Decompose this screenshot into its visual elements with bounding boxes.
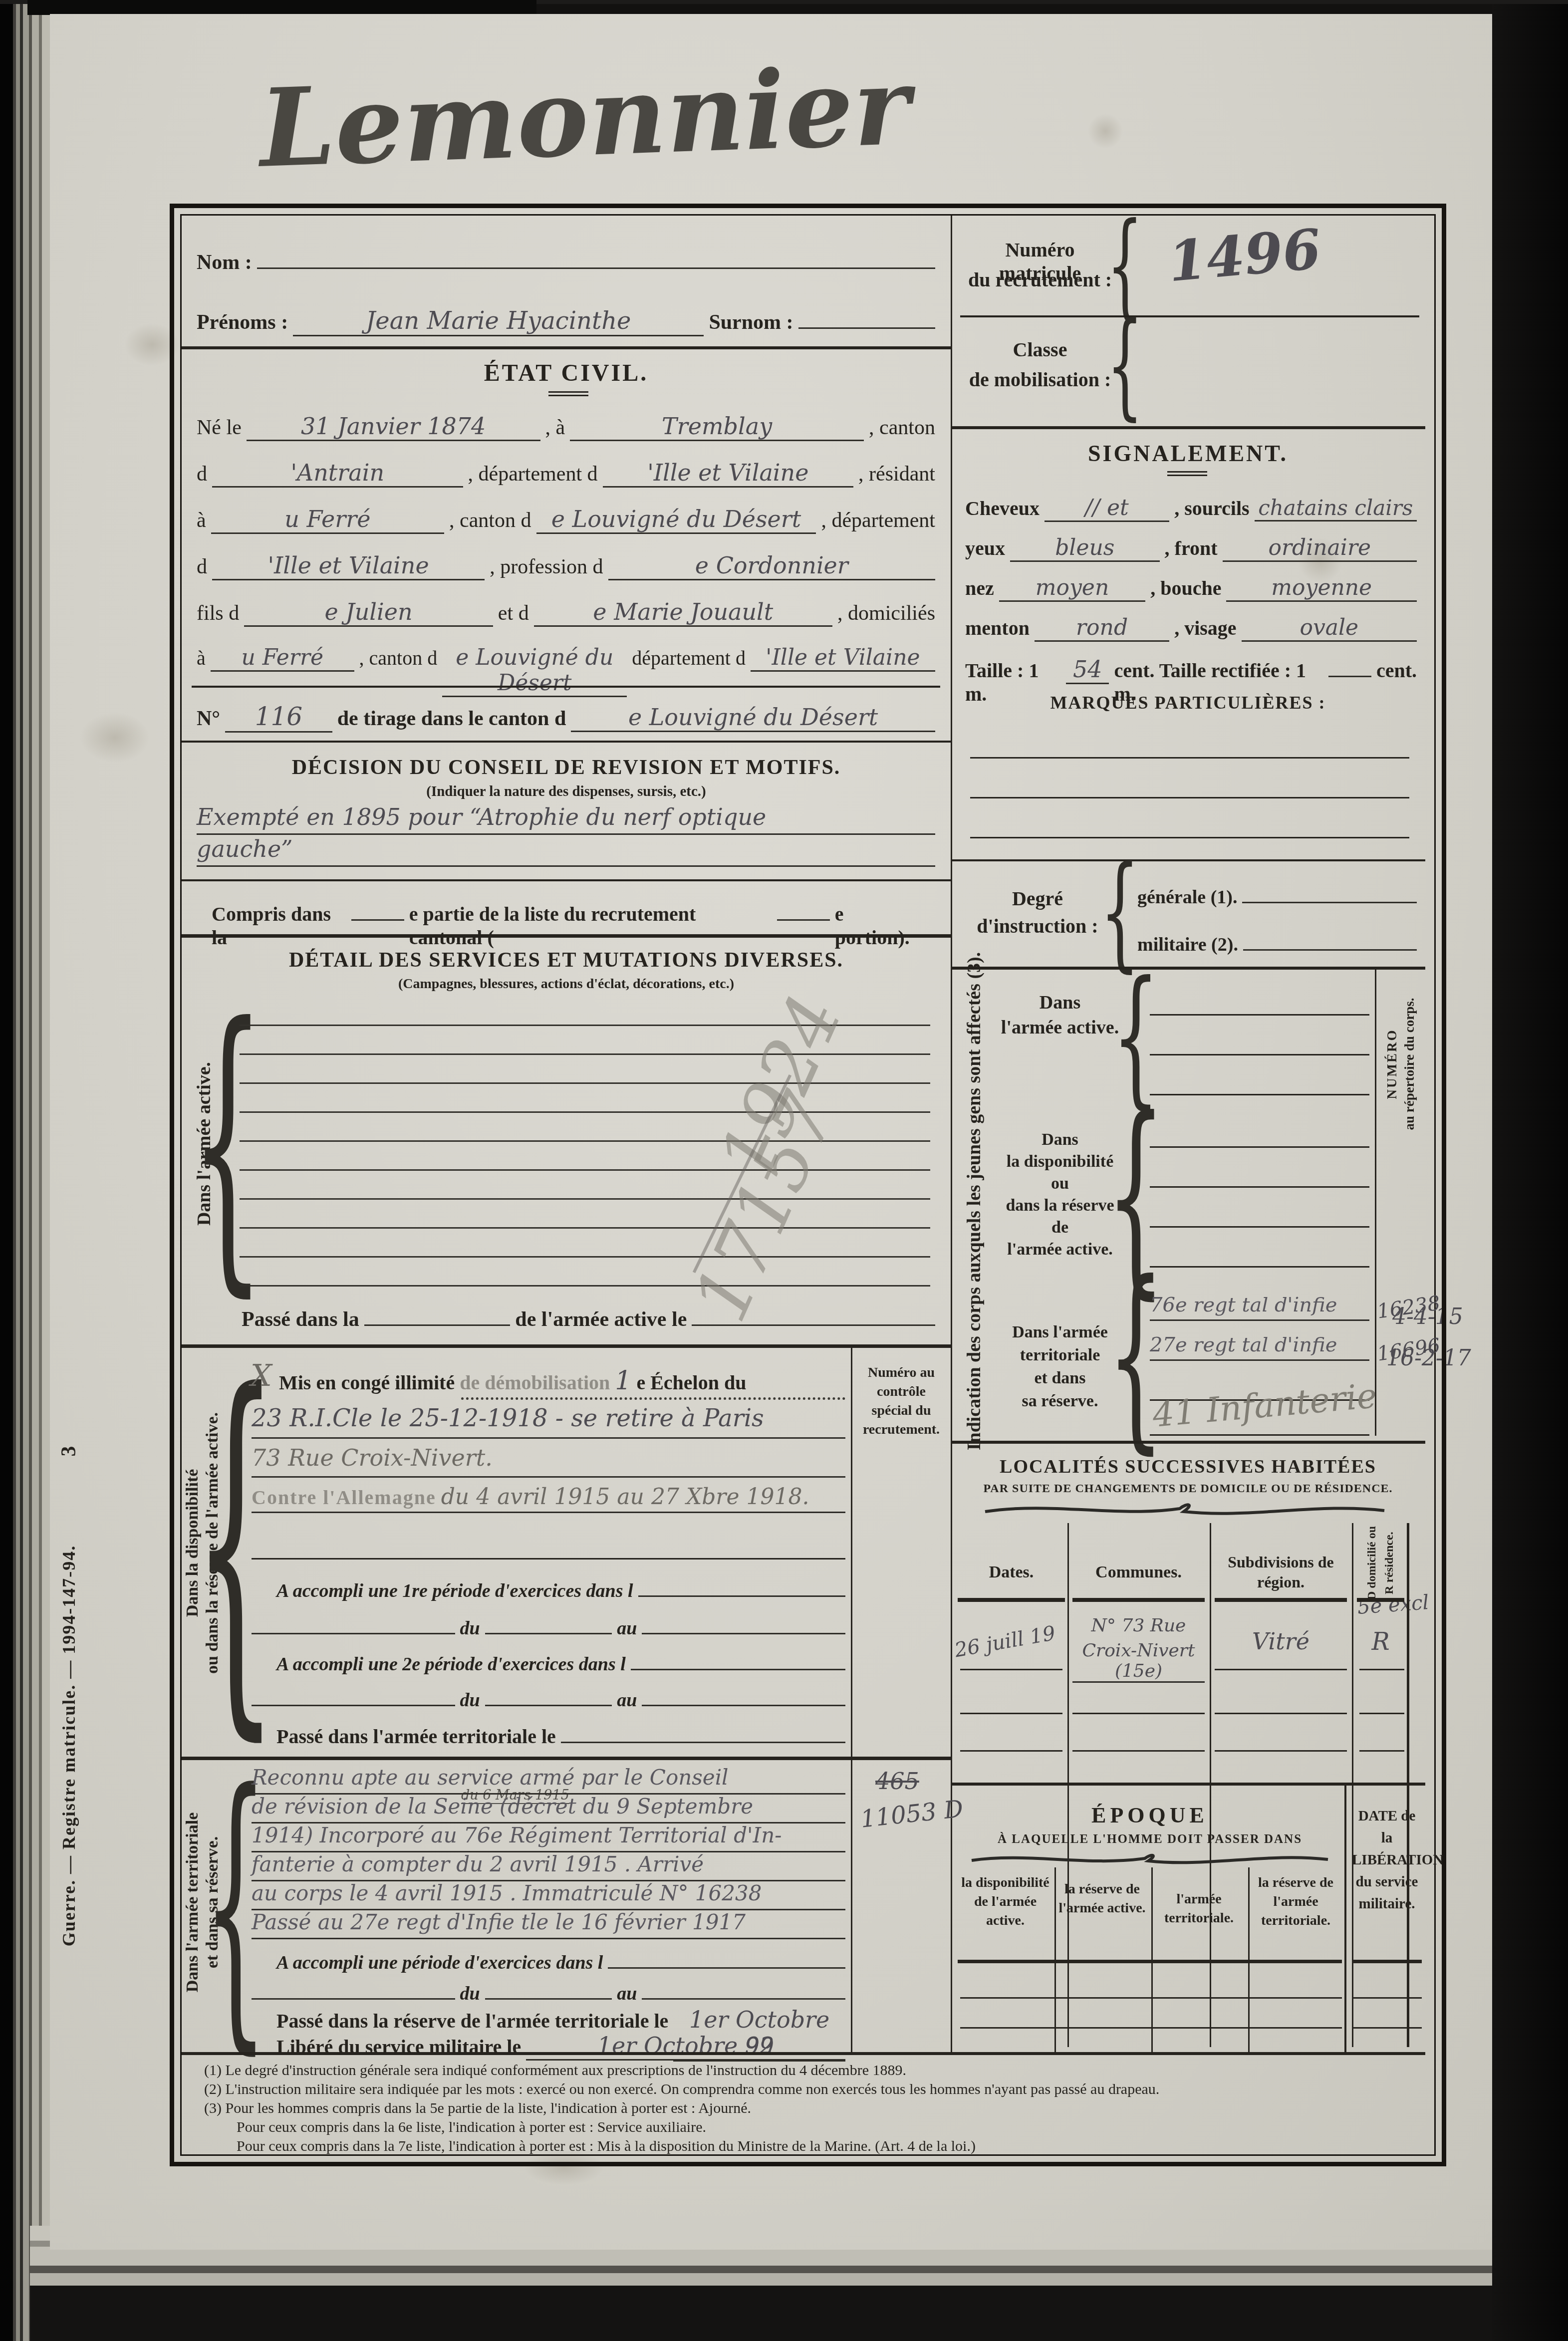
blank-rule [970,837,1409,838]
bouche-label: , bouche [1150,576,1221,600]
section-rule [182,741,951,743]
taille-value: 54 [1066,656,1109,684]
territoriale-side-label-1: Dans l'armée territoriale [183,1813,202,1993]
profession-label: , profession d [490,555,603,579]
cheveux-value: // et [1045,495,1169,522]
corps-numero-2: 16696 [1375,1334,1441,1365]
menton-row: menton rond , visage ovale [965,615,1417,642]
compris-field-2 [777,898,830,921]
menton-label: menton [965,616,1030,640]
domicile-parents: u Ferré [211,645,354,672]
echelon-value: 1 [615,1366,631,1396]
corps-g2-word: l'armée active. [1007,1240,1112,1259]
territorial-periode-label: A accompli une période d'exercices dans … [276,1952,603,1974]
front-value: ordinaire [1223,535,1417,562]
corps-g2-word: ou [1051,1174,1069,1193]
blank-rule [1150,1226,1369,1228]
section-rule [182,879,951,881]
classe-brace: { [1106,308,1143,423]
departement-label: , département d [468,462,598,486]
departement-parents: 'Ille et Vilaine [751,645,935,672]
spine-caption: Guerre. — Registre matricule. — 1994-147… [58,1545,79,1946]
du-label: du [460,1689,480,1711]
table-heavy-rule [1215,1598,1347,1602]
au-label: au [617,1689,637,1711]
au-label: au [617,1983,637,2005]
decision-subtitle: (Indiquer la nature des dispenses, sursi… [182,783,951,800]
tirage-canton-label: de tirage dans le canton d [337,707,566,731]
localites-header-dr-2: R résidence. [1383,1532,1396,1594]
territorial-hw-line-1: Reconnu apte au service armé par le Cons… [252,1765,845,1795]
decision-title: DÉCISION DU CONSEIL DE REVISION ET MOTIF… [182,756,951,780]
numero-tirage-value: 116 [225,702,332,733]
du-label: du [460,1983,480,2005]
nom-row: Nom : [197,246,935,274]
etatcivil-line-5: fils d e Julien et d e Marie Jouault , d… [197,598,935,627]
territorial-hw-line-3: 1914) Incorporé au 76e Régiment Territor… [252,1823,845,1852]
row-rule [1359,1669,1404,1670]
row-rule [1072,1750,1205,1752]
classe-label-1: Classe [968,338,1112,361]
sourcils-value: chatains clairs [1255,496,1417,521]
corps-g3-label: Dans l'armée territoriale et dans sa rés… [995,1321,1125,1413]
compris-label-1: Compris dans la [212,902,346,949]
row-rule [1215,1750,1347,1752]
periode1-dates-row: du au [252,1613,845,1639]
section-rule [960,315,1419,317]
paper-page: Guerre. — Registre matricule. — 1994-147… [50,14,1492,2250]
au-label: au [617,1617,637,1639]
corps-numero-1: 16238 [1375,1292,1441,1323]
passe-territoriale-row: Passé dans l'armée territoriale le [276,1721,845,1748]
blank-rule [1150,1186,1369,1188]
visage-value: ovale [1242,615,1417,642]
row-rule [1215,1669,1347,1670]
book-spine-edge [0,0,50,2341]
a-label: à [197,509,206,532]
compris-field-1 [351,898,404,921]
table-heavy-rule [958,1960,1342,1963]
territorial-periode-field [608,1947,845,1969]
handwritten-x-mark: X [251,1358,272,1393]
passe-armee-active-row: Passé dans la de l'armée active le [242,1302,935,1331]
taille-rectifiee-field [1328,655,1371,677]
etatcivil-line-6: à u Ferré , canton d e Louvigné du Déser… [197,645,935,697]
corps-g3-word: et dans [1035,1369,1086,1387]
date-field [642,1978,845,2000]
surnom-label: Surnom : [709,310,793,334]
epoque-date-col-header: DATE de la LIBÉRATION du service militai… [1352,1805,1422,1915]
epoque-subtitle: À LAQUELLE L'HOMME DOIT PASSER DANS [958,1832,1342,1846]
corps-g2-word: Dans [1042,1130,1078,1149]
bouche-value: moyenne [1226,575,1417,602]
column-divider [951,216,952,2052]
compris-label-2: e partie de la liste du recrutement cant… [409,902,772,949]
periode2-label: A accompli une 2e période d'exercices da… [276,1653,626,1675]
territorial-hw-line-6: Passé au 27e regt d'Infie tle le 16 févr… [252,1910,845,1939]
date-field [485,1978,612,2000]
generale-label: générale (1). [1137,886,1237,908]
militaire-field [1243,929,1417,951]
printed-frame: Nom : Prénoms : Jean Marie Hyacinthe Sur… [170,204,1446,2166]
blank-rule [1150,1014,1369,1016]
localites-title: LOCALITÉS SUCCESSIVES HABITÉES [951,1456,1425,1478]
services-subtitle: (Campagnes, blessures, actions d'éclat, … [182,976,951,992]
matricule-value: 1496 [1137,214,1352,296]
cheveux-label: Cheveux [965,497,1040,520]
row-rule [1352,1997,1422,1999]
heavy-rule [182,934,951,938]
periode2-field [631,1649,845,1670]
book-right-edge [1492,0,1568,2341]
compris-label-3: e portion). [835,902,920,949]
etatcivil-line-3: à u Ferré , canton d e Louvigné du Déser… [197,506,935,534]
blank-rule [1150,1434,1369,1436]
title-flourish [1167,471,1207,476]
degre-militaire-row: militaire (2). [1137,929,1417,956]
numero-corps-label-2: au répertoire du corps. [1402,998,1417,1130]
localites-row-date: 26 juill 19 [953,1622,1057,1662]
passe-field-2 [692,1302,935,1326]
territorial-hw-line-4: fanterie à compter du 2 avril 1915 . Arr… [252,1852,845,1881]
corps-g2-word: la disponibilité [1007,1152,1113,1171]
signalement-title: SIGNALEMENT. [951,440,1425,467]
periode2-dates-row: du au [252,1685,845,1711]
generale-field [1242,882,1417,903]
commune-naissance: Tremblay [570,413,864,441]
corps-g3-word: Dans l'armée [1012,1323,1108,1341]
tirage-canton-value: e Louvigné du Désert [571,704,935,732]
liberation-value: 1er Octobre 92 [526,2032,845,2061]
services-title: DÉTAIL DES SERVICES ET MUTATIONS DIVERSE… [182,948,951,972]
localites-subtitle: PAR SUITE DE CHANGEMENTS DE DOMICILE OU … [951,1482,1425,1496]
corps-regiment-pencil: 41 Infanterie [1151,1376,1383,1435]
row-rule [1359,1750,1404,1752]
mere-value: e Marie Jouault [534,598,832,627]
margin-number-struck: 465 [875,1768,919,1795]
conge-label-1: Mis en congé illimité [279,1371,455,1394]
canton-label: , canton d [359,646,438,670]
campagne-dates: du 4 avril 1915 au 27 Xbre 1918. [441,1484,809,1510]
blank-rule [1150,1266,1369,1268]
localites-row-subdiv: Vitré [1215,1628,1347,1655]
row-rule [1352,2027,1422,2029]
row-rule [960,1669,1062,1670]
decision-line-1: Exempté en 1895 pour “Atrophie du nerf o… [197,803,935,835]
surname-signature: Lemonnier [258,42,912,191]
footnote-5: Pour ceux compris dans la 7e liste, l'in… [237,2138,1414,2155]
corps-g2-word: de [1051,1218,1068,1237]
row-rule [1215,1713,1347,1714]
cent-label: cent. [1376,659,1417,682]
epoque-swash [968,1851,1332,1869]
canton-residence: e Louvigné du Désert [536,506,816,534]
section-rule [182,346,951,349]
cheveux-row: Cheveux // et , sourcils chatains clairs [965,495,1417,522]
localites-row-dr: R [1357,1628,1404,1656]
blank-rule [970,757,1409,759]
margin-number: 11053 D [859,1795,965,1833]
corps-g2-word: dans la réserve [1006,1196,1114,1215]
epoque-col-1: la disponibilité de l'armée active. [959,1873,1051,1930]
departement-label: , département [821,509,935,532]
periode2-row: A accompli une 2e période d'exercices da… [276,1649,845,1675]
conge-row: Mis en congé illimité de démobilisation … [279,1366,843,1396]
section-rule [192,686,940,688]
epoque-col-4: la réserve de l'armée territoriale. [1250,1873,1342,1930]
adresse-line: 73 Rue Croix-Nivert. [252,1444,845,1478]
title-flourish [548,391,588,396]
profession-value: e Cordonnier [608,552,935,580]
territorial-hw-line-5: au corps le 4 avril 1915 . Immatriculé N… [252,1881,845,1910]
epoque-date-col-line [1344,1786,1346,2052]
numero-corps-line [1375,970,1376,1436]
reserve-territoriale-label: Passé dans la réserve de l'armée territo… [276,2009,668,2033]
localites-row-commune-1: N° 73 Rue [1072,1615,1205,1636]
heavy-rule [951,1783,1425,1786]
yeux-row: yeux bleus , front ordinaire [965,535,1417,562]
date-field [252,1613,455,1634]
footnote-3: (3) Pour les hommes compris dans la 5e p… [204,2100,1412,2117]
corps-regiment-2: 27e regt tal d'infie [1150,1333,1369,1361]
yeux-value: bleus [1010,535,1160,562]
etatcivil-line-4: d 'Ille et Vilaine , profession d e Cord… [197,552,935,580]
epoque-col-3: l'armée territoriale. [1153,1890,1245,1928]
section-rule [951,859,1425,861]
pere-value: e Julien [244,598,493,627]
etatcivil-line-2: d 'Antrain , département d 'Ille et Vila… [197,459,935,488]
nom-label: Nom : [197,251,252,274]
passe-territoriale-field [561,1721,845,1743]
passe-territoriale-label: Passé dans l'armée territoriale le [276,1725,556,1748]
epoque-title: ÉPOQUE [958,1803,1342,1828]
paper-stain [80,713,150,763]
surnom-field [798,305,935,329]
tirage-row: N° 116 de tirage dans le canton d e Louv… [197,702,935,733]
d-label: d [197,555,207,579]
localites-header-dates: Dates. [958,1563,1065,1582]
dotted-rule [461,1397,845,1400]
passe-label-2: de l'armée active le [515,1307,687,1331]
departement-residence: 'Ille et Vilaine [212,552,485,580]
etat-civil-title: ÉTAT CIVIL. [182,359,951,387]
prenoms-label: Prénoms : [197,310,288,334]
scanned-register-page: { "doc": { "spine_label": "Guerre. — Reg… [0,0,1568,2341]
paper-stain [1088,114,1123,149]
degre-label-2: d'instruction : [968,914,1107,938]
compris-row: Compris dans la e partie de la liste du … [212,898,920,949]
date-field [642,1685,845,1706]
book-top-shadow [27,0,536,15]
du-label: du [460,1617,480,1639]
ne-le-value: 31 Janvier 1874 [247,413,540,441]
corps-g1-label-2: l'armée active. [995,1017,1125,1039]
yeux-label: yeux [965,536,1005,560]
corps-g1-label-1: Dans [995,992,1125,1014]
table-heavy-rule [1357,1598,1404,1602]
periode1-row: A accompli une 1re période d'exercices d… [276,1575,845,1602]
fils-de-label: fils d [197,601,239,625]
heavy-rule [182,1757,951,1760]
campagne-row: Contre l'Allemagne du 4 avril 1915 au 27… [252,1484,845,1513]
row-rule [960,1713,1062,1714]
a-label: à [197,646,206,670]
row-rule [960,1750,1062,1752]
marques-title: MARQUES PARTICULIÈRES : [951,692,1425,713]
liberation-row: Libéré du service militaire le 1er Octob… [276,2032,845,2061]
row-rule [960,1997,1342,1999]
nom-field [257,246,935,269]
canton-label: , canton [869,416,935,440]
footnote-rule [182,2052,1425,2055]
periode1-label: A accompli une 1re période d'exercices d… [276,1580,633,1602]
d-label: d [197,462,207,486]
campagne-stamp: Contre l'Allemagne [252,1486,436,1509]
nez-label: nez [965,576,994,600]
date-field [485,1685,612,1706]
date-field [252,1685,455,1706]
date-field [642,1613,845,1634]
numero-tirage-label: N° [197,707,220,731]
passe-field-1 [364,1302,511,1326]
decision-line-2: gauche” [197,835,935,867]
front-label: , front [1165,536,1218,560]
domicilies-label: , domiciliés [837,601,935,625]
localites-header-subdiv: Subdivisions de région. [1212,1552,1349,1592]
matricule-label-2: du recrutement : [968,268,1112,291]
territorial-dates-row: du au [252,1978,845,2005]
degre-generale-row: générale (1). [1137,882,1417,908]
residant-label: , résidant [858,462,935,486]
a-label: , à [545,416,565,440]
heavy-rule [951,426,1425,429]
date-field [252,1978,455,2000]
ne-le-label: Né le [197,416,242,440]
corps-g3-word: territoriale [1020,1346,1100,1364]
table-heavy-rule [958,1598,1065,1602]
epoque-col-2: la réserve de l'armée active. [1056,1880,1148,1918]
demobilisation-line: 23 R.I.Cle le 25-12-1918 - se retire à P… [252,1404,845,1439]
blank-rule [1150,1094,1369,1095]
et-de-label: et d [498,601,529,625]
blank-rule [970,797,1409,798]
localites-header-dr-1: D domicilié ou [1365,1526,1379,1600]
sourcils-label: , sourcils [1174,497,1249,520]
territorial-periode-row: A accompli une période d'exercices dans … [276,1947,845,1974]
residence: u Ferré [211,506,444,534]
date-field [485,1613,612,1634]
etatcivil-line-1: Né le 31 Janvier 1874 , à Tremblay , can… [197,413,935,441]
numero-corps-label-1: NUMÉRO [1384,1029,1400,1099]
table-heavy-rule [1352,1960,1422,1963]
degre-label-1: Degré [968,887,1107,910]
menton-value: rond [1035,615,1169,642]
periode1-field [638,1575,845,1597]
blank-rule [252,1558,845,1560]
canton-naissance: 'Antrain [212,459,463,488]
table-heavy-rule [1072,1598,1205,1602]
footnote-4: Pour ceux compris dans la 6e liste, l'in… [237,2119,1414,2136]
localites-header-communes: Communes. [1070,1563,1207,1582]
prenoms-value: Jean Marie Hyacinthe [293,307,704,336]
row-rule [960,2027,1342,2029]
heavy-rule [182,1344,951,1348]
row-rule [1359,1713,1404,1714]
spine-page-number: 3 [57,1446,81,1457]
corps-side-label: Indication des corps auxquels les jeunes… [963,952,985,1451]
visage-label: , visage [1174,616,1236,640]
classe-label-2: de mobilisation : [968,368,1112,391]
nez-row: nez moyen , bouche moyenne [965,575,1417,602]
departement-naissance: 'Ille et Vilaine [603,459,854,488]
localites-swash [980,1501,1389,1521]
blank-rule [1150,1146,1369,1148]
footnote-2: (2) L'instruction militaire sera indiqué… [204,2081,1412,2098]
controle-column-label: Numéro au contrôle spécial du recrutemen… [856,1363,946,1439]
footnote-1: (1) Le degré d'instruction générale sera… [204,2062,1412,2079]
printed-frame-inner: Nom : Prénoms : Jean Marie Hyacinthe Sur… [180,214,1436,2156]
canton-parents: e Louvigné du Désert [442,645,627,697]
heavy-rule [951,967,1425,970]
row-rule [1072,1713,1205,1714]
controle-column-line [851,1344,852,2052]
blank-rule [1150,1054,1369,1055]
conge-label-2: e Échelon du [636,1371,746,1394]
territorial-hw-line-2: de révision de la Seine (décret du 9 Sep… [252,1794,845,1823]
prenoms-row: Prénoms : Jean Marie Hyacinthe Surnom : [197,305,935,336]
nez-value: moyen [999,575,1145,602]
localites-row-commune-2: Croix-Nivert (15e) [1072,1640,1205,1683]
canton-label: , canton d [449,509,531,532]
corps-g3-word: sa réserve. [1022,1392,1098,1410]
heavy-rule [951,1441,1425,1444]
departement-label: département d [632,646,746,670]
corps-regiment-1: 76e regt tal d'infie [1150,1294,1369,1321]
conge-stamped-text: de démobilisation [460,1371,610,1394]
